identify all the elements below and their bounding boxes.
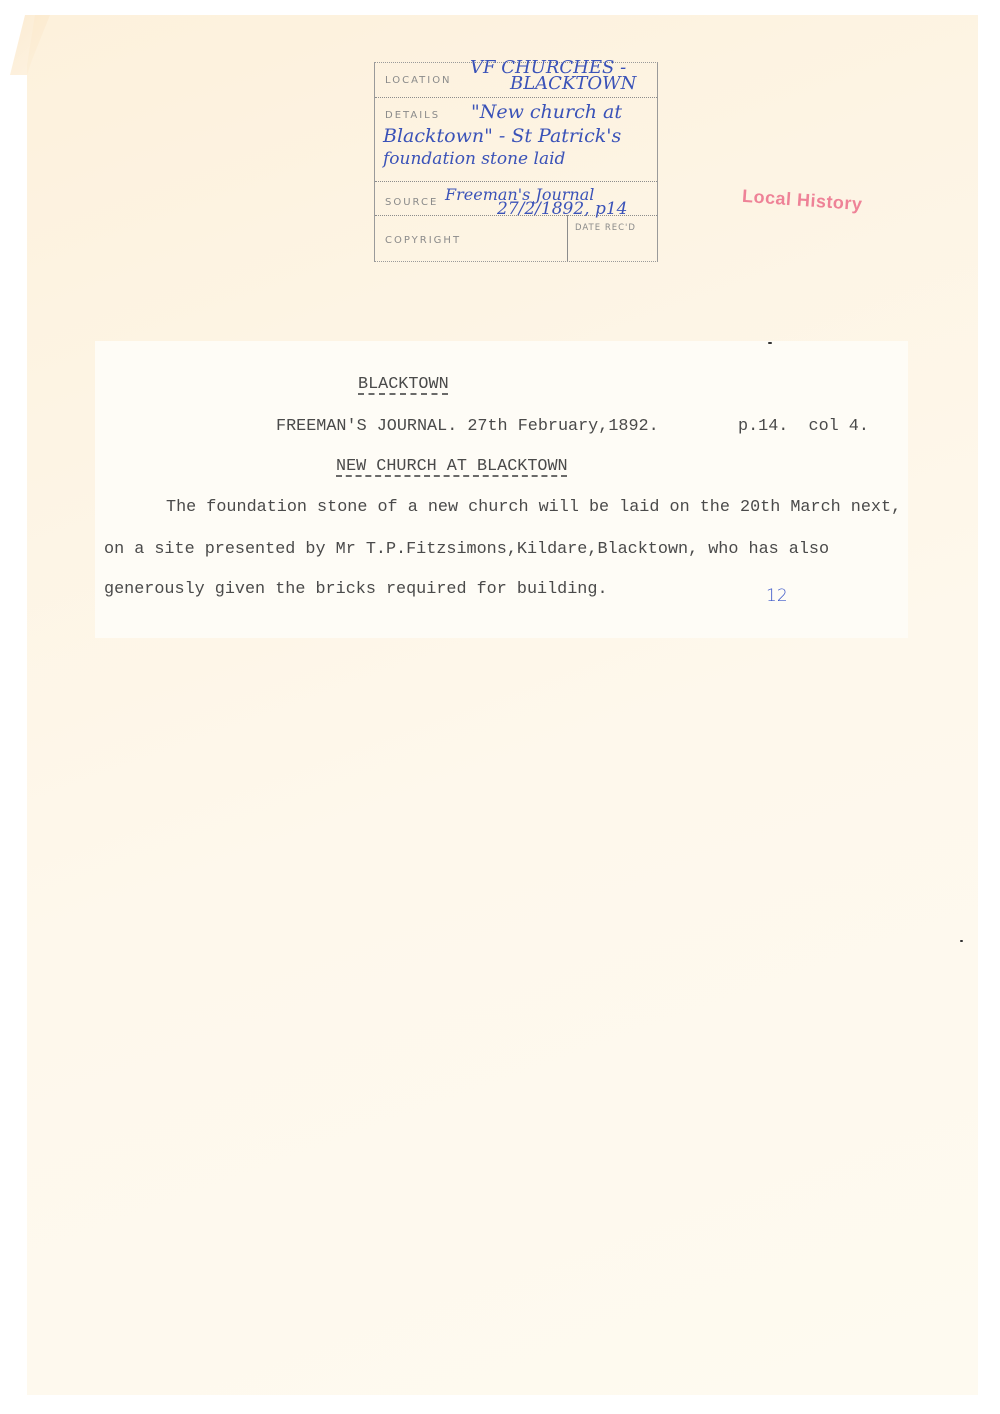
page-annotation: 12: [766, 586, 788, 606]
article-body-line2: on a site presented by Mr T.P.Fitzsimons…: [104, 542, 829, 559]
details-line3: foundation stone laid: [383, 151, 565, 168]
source-label: SOURCE: [385, 197, 438, 208]
paper-speck: [768, 342, 772, 344]
details-line2: Blacktown" - St Patrick's: [383, 127, 621, 146]
article-body-line1: The foundation stone of a new church wil…: [166, 500, 901, 517]
citation-source: FREEMAN'S JOURNAL. 27th February,1892.: [276, 419, 659, 436]
details-label: DETAILS: [385, 110, 440, 121]
citation-page: p.14. col 4.: [738, 419, 869, 436]
paper-speck: [960, 940, 963, 942]
source-line2: 27/2/1892, p14: [497, 201, 628, 218]
details-line1: "New church at: [471, 103, 622, 122]
date-divider: [567, 215, 568, 261]
location-label: LOCATION: [385, 75, 452, 86]
date-recd-label: DATE REC'D: [575, 223, 636, 233]
clipping-heading: BLACKTOWN: [358, 377, 449, 394]
index-card-stamp: LOCATION VF CHURCHES - BLACKTOWN DETAILS…: [374, 62, 658, 262]
copyright-label: COPYRIGHT: [385, 235, 461, 246]
article-body-line3: generously given the bricks required for…: [104, 582, 608, 599]
article-title: NEW CHURCH AT BLACKTOWN: [336, 459, 568, 476]
location-value-line2: BLACKTOWN: [510, 75, 636, 93]
